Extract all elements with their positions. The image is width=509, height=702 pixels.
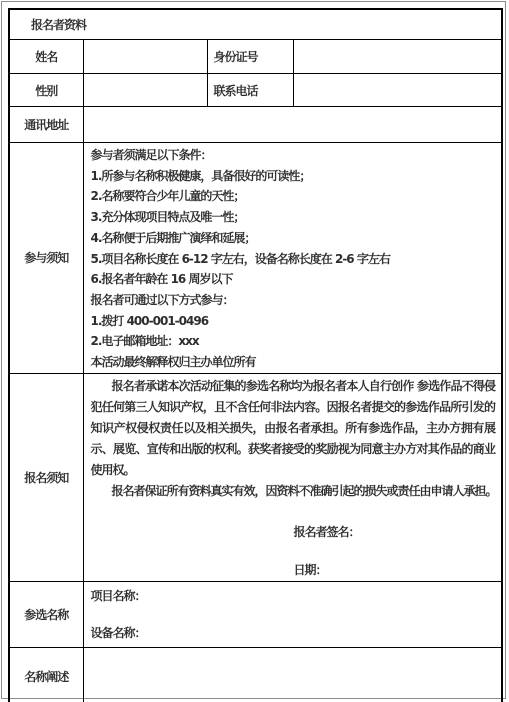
device-name-label[interactable]: 设备名称： <box>91 623 496 644</box>
address-label: 通讯地址 <box>9 107 83 143</box>
registration-form-page: { "form": { "header": "报名者资料", "basic": … <box>0 0 509 702</box>
participation-line: 参与者须满足以下条件： <box>91 145 496 166</box>
participation-line: 3.充分体现项目特点及唯一性； <box>91 207 496 228</box>
participation-line: 报名者可通过以下方式参与： <box>91 290 496 311</box>
participation-line: 1.所参与名称积极健康，具备很好的可读性； <box>91 166 496 187</box>
name-description-input-cell[interactable] <box>83 647 502 702</box>
registration-notice-content: 报名者承诺本次活动征集的参选名称均为报名者本人自行创作 参选作品不得侵犯任何第三… <box>83 373 502 581</box>
phone-label: 联系电话 <box>207 74 293 107</box>
registration-paragraph: 报名者承诺本次活动征集的参选名称均为报名者本人自行创作 参选作品不得侵犯任何第三… <box>91 376 496 481</box>
address-input-cell[interactable] <box>83 107 502 143</box>
entry-name-label: 参选名称 <box>9 581 83 647</box>
participation-line: 4.名称便于后期推广演绎和延展； <box>91 228 496 249</box>
project-name-label[interactable]: 项目名称： <box>91 584 496 607</box>
participation-email: 2.电子邮箱地址：xxx <box>91 331 496 352</box>
name-description-label: 名称阐述 <box>9 647 83 702</box>
name-input-cell[interactable] <box>83 40 207 74</box>
phone-input-cell[interactable] <box>293 74 502 107</box>
participation-notice-content: 参与者须满足以下条件： 1.所参与名称积极健康，具备很好的可读性； 2.名称要符… <box>83 143 502 374</box>
form-title: 报名者资料 <box>9 9 502 40</box>
date-label[interactable]: 日期： <box>294 560 496 581</box>
id-number-label: 身份证号 <box>207 40 293 74</box>
signature-label[interactable]: 报名者签名： <box>294 522 496 543</box>
entry-name-content: 项目名称： 设备名称： <box>83 581 502 647</box>
participation-line: 2.名称要符合少年儿童的天性； <box>91 186 496 207</box>
name-label: 姓名 <box>9 40 83 74</box>
id-number-input-cell[interactable] <box>293 40 502 74</box>
registration-form-table: 报名者资料 姓名 身份证号 性别 联系电话 通讯地址 参与须知 参与者须满足以下… <box>8 8 503 702</box>
participation-line: 本活动最终解释权归主办单位所有 <box>91 352 496 373</box>
registration-notice-label: 报名须知 <box>9 373 83 581</box>
participation-hotline: 1.拨打 400-001-0496 <box>91 311 496 332</box>
registration-paragraph: 报名者保证所有资料真实有效，因资料不准确引起的损失或责任由申请人承担。 <box>91 481 496 502</box>
participation-line: 5.项目名称长度在 6-12 字左右，设备名称长度在 2-6 字左右 <box>91 249 496 270</box>
gender-input-cell[interactable] <box>83 74 207 107</box>
participation-line: 6.报名者年龄在 16 周岁以下 <box>91 269 496 290</box>
gender-label: 性别 <box>9 74 83 107</box>
participation-notice-label: 参与须知 <box>9 143 83 374</box>
